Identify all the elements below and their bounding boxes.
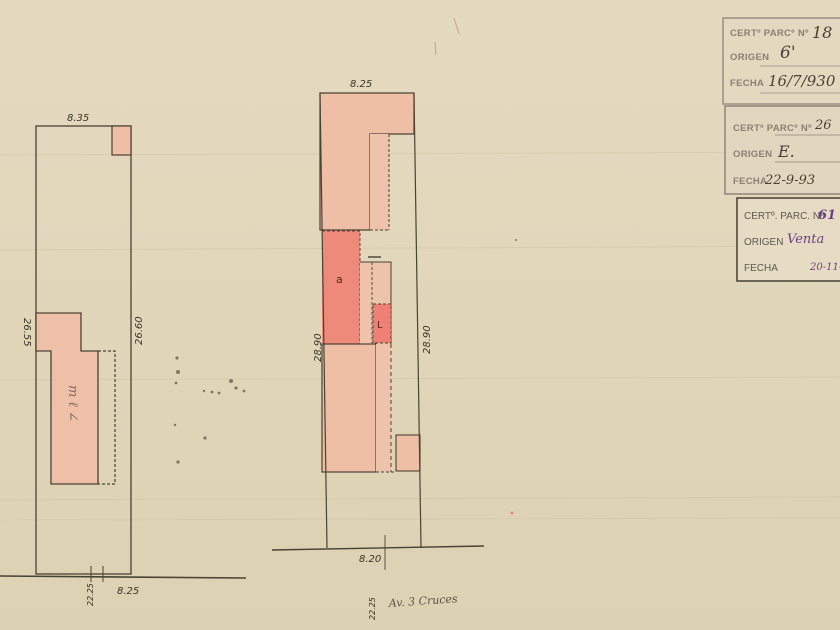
lot-center-right-boundary: [414, 93, 421, 548]
stamp-3-date-value: 20-11-: [809, 262, 840, 273]
stamp-2-date-value: 22-9-93: [764, 173, 815, 188]
stamp-3-origin-value: Venta: [787, 232, 824, 247]
lot-left-right-depth: 26.60: [134, 316, 145, 345]
stamp-2-cert-label: CERTº PARCº Nº: [733, 123, 812, 134]
lot-center-rear-building: [322, 344, 376, 472]
stamp-3-origin-label: ORIGEN: [744, 237, 783, 248]
drawing-sheet: 8.35 8.25 26.55 26.60 22.25 m ℓ ∠ a L: [0, 0, 840, 630]
lot-center-front-building: [320, 93, 414, 230]
stamp-1-cert-label: CERTº PARCº Nº: [730, 28, 809, 39]
lot-left: 8.35 8.25 26.55 26.60 22.25 m ℓ ∠: [0, 113, 246, 606]
stamp-2-origin-value: E.: [777, 142, 795, 161]
stamp-2-date-label: FECHA: [733, 176, 767, 187]
room-a: [322, 231, 360, 344]
street-label: Av. 3 Cruces: [387, 592, 458, 610]
lot-left-dashed-extension: [98, 351, 115, 484]
stray-marks: [435, 18, 459, 55]
lot-center-offset: 22.25: [368, 597, 377, 620]
stamp-1-origin-value: 6': [780, 43, 796, 63]
lot-left-left-depth: 26.55: [21, 318, 32, 347]
stamp-2-cert-value: 26: [814, 118, 832, 133]
room-a-label: a: [336, 273, 343, 286]
lot-center: a L 8.25 8.20 28.90 28.90 22.25 Av. 3 Cr…: [272, 79, 484, 620]
stamp-2: CERTº PARCº Nº 26 ORIGEN E. FECHA 22-9-9…: [725, 106, 840, 194]
stamp-2-origin-label: ORIGEN: [733, 149, 772, 160]
stamp-1-date-label: FECHA: [730, 78, 764, 89]
lot-left-offset: 22.25: [86, 583, 95, 606]
lot-left-handwritten-note: m ℓ ∠: [65, 385, 80, 422]
lot-center-left-depth: 28.90: [313, 333, 324, 362]
stamp-3-cert-label: CERTº. PARC. Nº: [744, 211, 824, 222]
site-plan-drawing: 8.35 8.25 26.55 26.60 22.25 m ℓ ∠ a L: [0, 0, 840, 630]
lot-left-top-width: 8.35: [67, 113, 89, 124]
lot-center-right-depth: 28.90: [422, 325, 433, 354]
stamp-1-cert-value: 18: [812, 23, 832, 42]
stamp-3-cert-value: 61: [818, 208, 836, 223]
room-l-label: L: [377, 320, 383, 331]
stamp-1-origin-label: ORIGEN: [730, 52, 769, 63]
lot-left-bottom-width: 8.25: [117, 586, 139, 597]
stamp-3: CERTº. PARC. Nº 61 ORIGEN Venta FECHA 20…: [737, 198, 840, 281]
lot-left-small-structure: [112, 126, 131, 155]
lot-center-bottom-width: 8.20: [359, 554, 381, 565]
stamp-3-date-label: FECHA: [744, 263, 778, 274]
lot-center-baseline: [272, 546, 484, 550]
stamp-1: CERTº PARCº Nº 18 ORIGEN 6' FECHA 16/7/9…: [723, 18, 840, 104]
lot-left-baseline: [0, 576, 246, 578]
stamp-1-date-value: 16/7/930: [768, 72, 836, 90]
lot-center-top-width: 8.25: [350, 79, 372, 90]
lot-center-small-structure: [396, 435, 420, 471]
